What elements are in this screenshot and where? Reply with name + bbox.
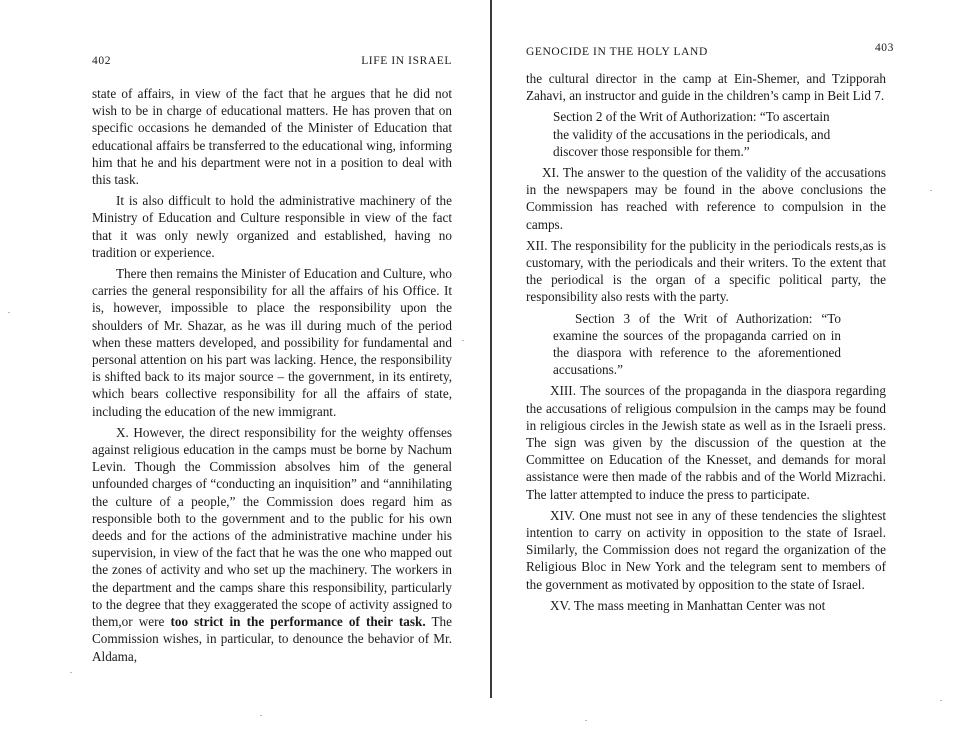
bold-emphasis-text: too strict in the performance of their t… — [170, 614, 425, 629]
block-quote-section-3: Section 3 of the Writ of Authorization: … — [553, 310, 841, 379]
right-body-text: the cultural director in the camp at Ein… — [526, 70, 886, 618]
left-running-head: 402 LIFE IN ISRAEL — [92, 55, 452, 71]
paragraph: state of affairs, in view of the fact th… — [92, 85, 452, 188]
right-running-head: GENOCIDE IN THE HOLY LAND 403 — [526, 46, 886, 62]
scan-speck — [70, 672, 72, 673]
paragraph-section-xiv: XIV. One must not see in any of these te… — [526, 507, 886, 593]
scan-speck — [930, 190, 932, 191]
paragraph-section-xv: XV. The mass meeting in Manhattan Center… — [526, 597, 886, 614]
running-head-title: GENOCIDE IN THE HOLY LAND — [526, 46, 708, 58]
page-number: 402 — [92, 55, 111, 67]
left-body-text: state of affairs, in view of the fact th… — [92, 85, 452, 669]
paragraph: It is also difficult to hold the adminis… — [92, 192, 452, 261]
scan-speck — [260, 715, 262, 716]
paragraph: There then remains the Minister of Educa… — [92, 265, 452, 420]
paragraph: the cultural director in the camp at Ein… — [526, 70, 886, 104]
scan-speck — [585, 720, 587, 721]
book-spine-gutter — [490, 0, 492, 698]
scan-speck — [940, 700, 942, 701]
paragraph-section-xii: XII. The responsibility for the publicit… — [526, 237, 886, 306]
running-head-title: LIFE IN ISRAEL — [361, 55, 452, 67]
book-spread: 402 LIFE IN ISRAEL state of affairs, in … — [0, 0, 958, 745]
block-quote-section-2: Section 2 of the Writ of Authorization: … — [553, 108, 846, 160]
scan-speck — [8, 312, 10, 313]
paragraph-section-xiii: XIII. The sources of the propaganda in t… — [526, 382, 886, 502]
scan-speck — [462, 340, 464, 341]
paragraph-section-x: X. However, the direct responsibility fo… — [92, 424, 452, 665]
paragraph-text: X. However, the direct responsibility fo… — [92, 425, 452, 629]
page-number: 403 — [875, 42, 894, 54]
paragraph-section-xi: XI. The answer to the question of the va… — [526, 164, 886, 233]
